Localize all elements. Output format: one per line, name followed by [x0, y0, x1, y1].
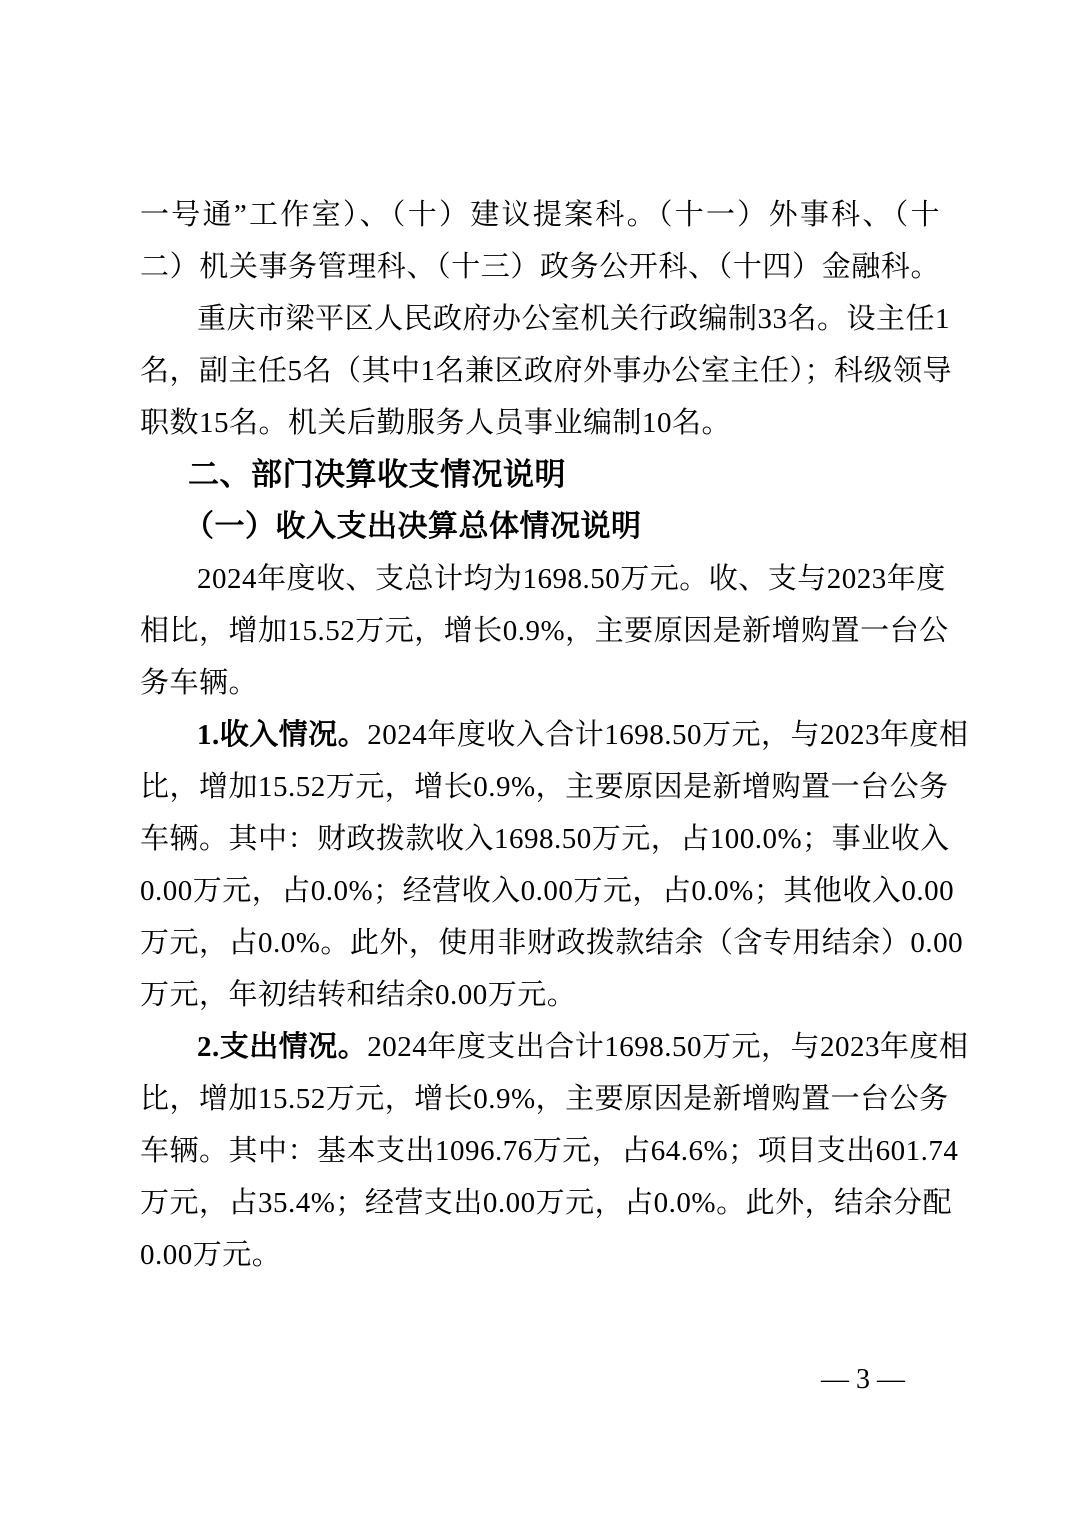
paragraph-lead-expenditure: 2.支出情况。 [197, 1031, 367, 1063]
text-line: 职数15名。机关后勤服务人员事业编制10名。 [140, 397, 940, 449]
text-line: 万元，占35.4%；经营支出0.00万元，占0.0%。此外，结余分配 [140, 1177, 940, 1229]
text-line: 0.00万元。 [140, 1229, 940, 1281]
text-line: 2.支出情况。2024年度支出合计1698.50万元，与2023年度相 [140, 1021, 940, 1073]
subsection-heading: （一）收入支出决算总体情况说明 [140, 501, 940, 553]
text-line: 相比，增加15.52万元，增长0.9%，主要原因是新增购置一台公 [140, 605, 940, 657]
document-page: 一号通”工作室）、（十）建议提案科。（十一）外事科、（十 二）机关事务管理科、（… [0, 0, 1075, 1520]
page-number: — 3 — [821, 1362, 905, 1398]
text-line: 万元，年初结转和结余0.00万元。 [140, 969, 940, 1021]
paragraph-lead-rest: 2024年度支出合计1698.50万元，与2023年度相 [367, 1031, 968, 1063]
text-line: 比，增加15.52万元，增长0.9%，主要原因是新增购置一台公务 [140, 1073, 940, 1125]
section-heading: 二、部门决算收支情况说明 [140, 449, 940, 501]
text-line: 二）机关事务管理科、（十三）政务公开科、（十四）金融科。 [140, 241, 940, 293]
text-line: 比，增加15.52万元，增长0.9%，主要原因是新增购置一台公务 [140, 761, 940, 813]
paragraph-lead-rest: 2024年度收入合计1698.50万元，与2023年度相 [367, 719, 968, 751]
text-line: 2024年度收、支总计均为1698.50万元。收、支与2023年度 [140, 553, 940, 605]
paragraph-lead-income: 1.收入情况。 [197, 719, 367, 751]
text-line: 务车辆。 [140, 657, 940, 709]
text-line: 0.00万元，占0.0%；经营收入0.00万元，占0.0%；其他收入0.00 [140, 865, 940, 917]
text-line: 重庆市梁平区人民政府办公室机关行政编制33名。设主任1 [140, 293, 940, 345]
text-line: 1.收入情况。2024年度收入合计1698.50万元，与2023年度相 [140, 709, 940, 761]
text-line: 一号通”工作室）、（十）建议提案科。（十一）外事科、（十 [140, 189, 940, 241]
text-line: 车辆。其中：基本支出1096.76万元，占64.6%；项目支出601.74 [140, 1125, 940, 1177]
text-line: 车辆。其中：财政拨款收入1698.50万元，占100.0%；事业收入 [140, 813, 940, 865]
text-line: 万元，占0.0%。此外，使用非财政拨款结余（含专用结余）0.00 [140, 917, 940, 969]
document-body: 一号通”工作室）、（十）建议提案科。（十一）外事科、（十 二）机关事务管理科、（… [140, 189, 940, 1281]
text-line: 名，副主任5名（其中1名兼区政府外事办公室主任）；科级领导 [140, 345, 940, 397]
